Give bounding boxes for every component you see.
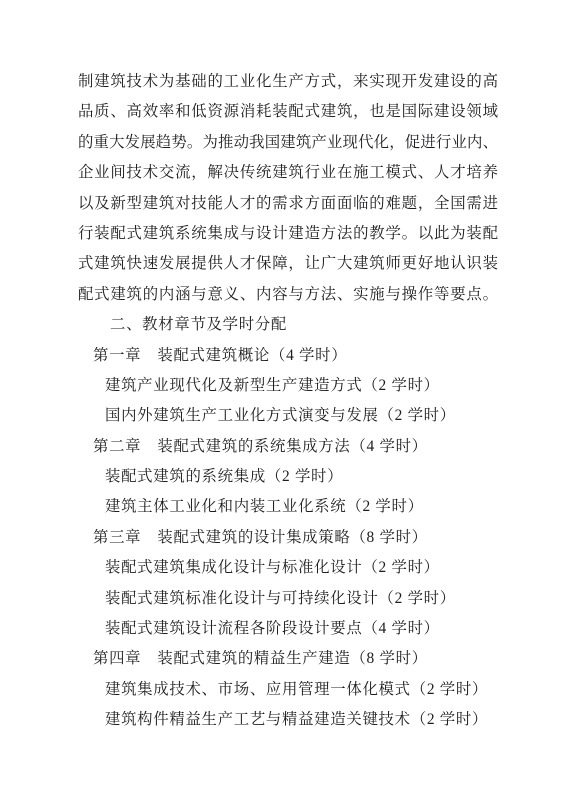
paragraph-line: 的重大发展趋势。为推动我国建筑产业现代化，促进行业内、: [78, 128, 498, 158]
document-page: 制建筑技术为基础的工业化生产方式，来实现开发建设的高 品质、高效率和低资源消耗装…: [0, 0, 576, 812]
outline-chapter: 第四章 装配式建筑的精益生产建造（8 学时）: [78, 644, 498, 674]
paragraph-line: 以及新型建筑对技能人才的需求方面面临的难题，全国需进: [78, 189, 498, 219]
paragraph-line: 行装配式建筑系统集成与设计建造方法的教学。以此为装配: [78, 219, 498, 249]
section-heading: 二、教材章节及学时分配: [78, 310, 498, 340]
paragraph-line: 品质、高效率和低资源消耗装配式建筑，也是国际建设领域: [78, 97, 498, 127]
outline-item: 国内外建筑生产工业化方式演变与发展（2 学时）: [78, 401, 498, 431]
paragraph-line: 式建筑快速发展提供人才保障，让广大建筑师更好地认识装: [78, 249, 498, 279]
outline-item: 建筑主体工业化和内装工业化系统（2 学时）: [78, 492, 498, 522]
outline-item: 建筑构件精益生产工艺与精益建造关键技术（2 学时）: [78, 705, 498, 735]
page-text: 制建筑技术为基础的工业化生产方式，来实现开发建设的高 品质、高效率和低资源消耗装…: [78, 67, 498, 736]
outline-chapter: 第二章 装配式建筑的系统集成方法（4 学时）: [78, 432, 498, 462]
outline-item: 建筑集成技术、市场、应用管理一体化模式（2 学时）: [78, 675, 498, 705]
paragraph-line: 制建筑技术为基础的工业化生产方式，来实现开发建设的高: [78, 67, 498, 97]
outline-chapter: 第一章 装配式建筑概论（4 学时）: [78, 341, 498, 371]
paragraph-line: 配式建筑的内涵与意义、内容与方法、实施与操作等要点。: [78, 280, 498, 310]
outline-item: 装配式建筑的系统集成（2 学时）: [78, 462, 498, 492]
intro-paragraph: 制建筑技术为基础的工业化生产方式，来实现开发建设的高 品质、高效率和低资源消耗装…: [78, 67, 498, 310]
outline-item: 装配式建筑标准化设计与可持续化设计（2 学时）: [78, 584, 498, 614]
outline-item: 建筑产业现代化及新型生产建造方式（2 学时）: [78, 371, 498, 401]
outline-item: 装配式建筑设计流程各阶段设计要点（4 学时）: [78, 614, 498, 644]
paragraph-line: 企业间技术交流，解决传统建筑行业在施工模式、人才培养: [78, 158, 498, 188]
outline-item: 装配式建筑集成化设计与标准化设计（2 学时）: [78, 553, 498, 583]
outline-chapter: 第三章 装配式建筑的设计集成策略（8 学时）: [78, 523, 498, 553]
